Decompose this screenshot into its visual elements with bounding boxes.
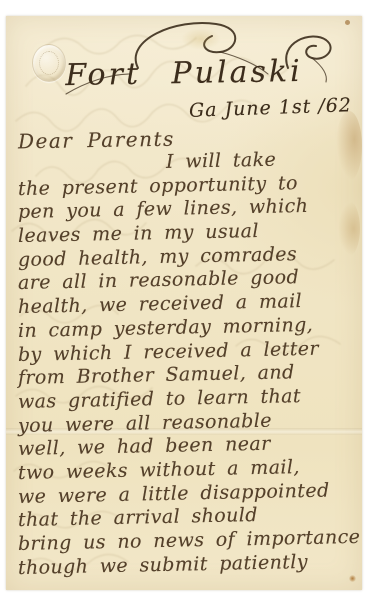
letter-salutation: Dear Parents xyxy=(18,127,175,154)
letter-body: I will take the present opportunity to p… xyxy=(18,154,358,580)
letter-place-heading: Fort Pulaski xyxy=(6,53,362,94)
scan-background: Fort Pulaski Ga June 1st /62 Dear Parent… xyxy=(0,0,368,600)
letter-paper: Fort Pulaski Ga June 1st /62 Dear Parent… xyxy=(6,16,362,590)
paper-speck xyxy=(345,20,350,25)
